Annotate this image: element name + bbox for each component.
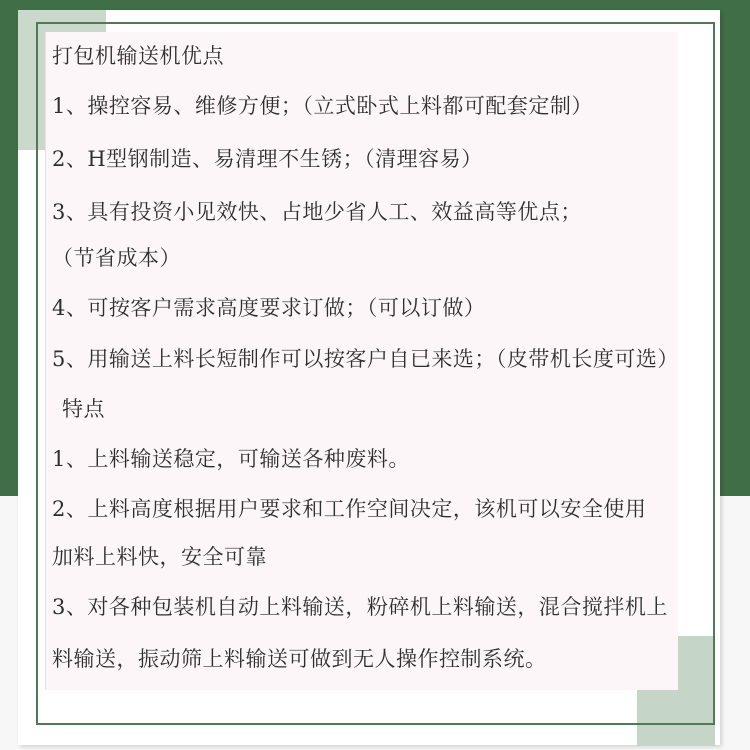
feature-line-3: 3、对各种包装机自动上料输送，粉碎机上料输送，混合搅拌机上 — [52, 591, 668, 621]
feature-line-1: 1、上料输送稳定，可输送各种废料。 — [52, 443, 410, 473]
features-heading: 特点 — [62, 393, 105, 423]
feature-line-3-cont: 料输送，振动筛上料输送可做到无人操作控制系统。 — [52, 643, 547, 673]
advantage-line-2: 2、H型钢制造、易清理不生锈；（清理容易） — [52, 143, 483, 173]
document-title: 打包机输送机优点 — [52, 40, 224, 70]
advantage-line-3-note: （节省成本） — [52, 242, 181, 272]
advantage-line-1: 1、操控容易、维修方便；（立式卧式上料都可配套定制） — [52, 90, 593, 120]
feature-line-2: 2、上料高度根据用户要求和工作空间决定，该机可以安全使用 — [52, 493, 646, 523]
advantage-line-3: 3、具有投资小见效快、占地少省人工、效益高等优点； — [52, 196, 582, 226]
advantage-line-5: 5、用输送上料长短制作可以按客户自已来选；（皮带机长度可选） — [52, 343, 679, 373]
advantage-line-4: 4、可按客户需求高度要求订做；（可以订做） — [52, 292, 485, 322]
feature-line-2-cont: 加料上料快，安全可靠 — [52, 541, 267, 571]
